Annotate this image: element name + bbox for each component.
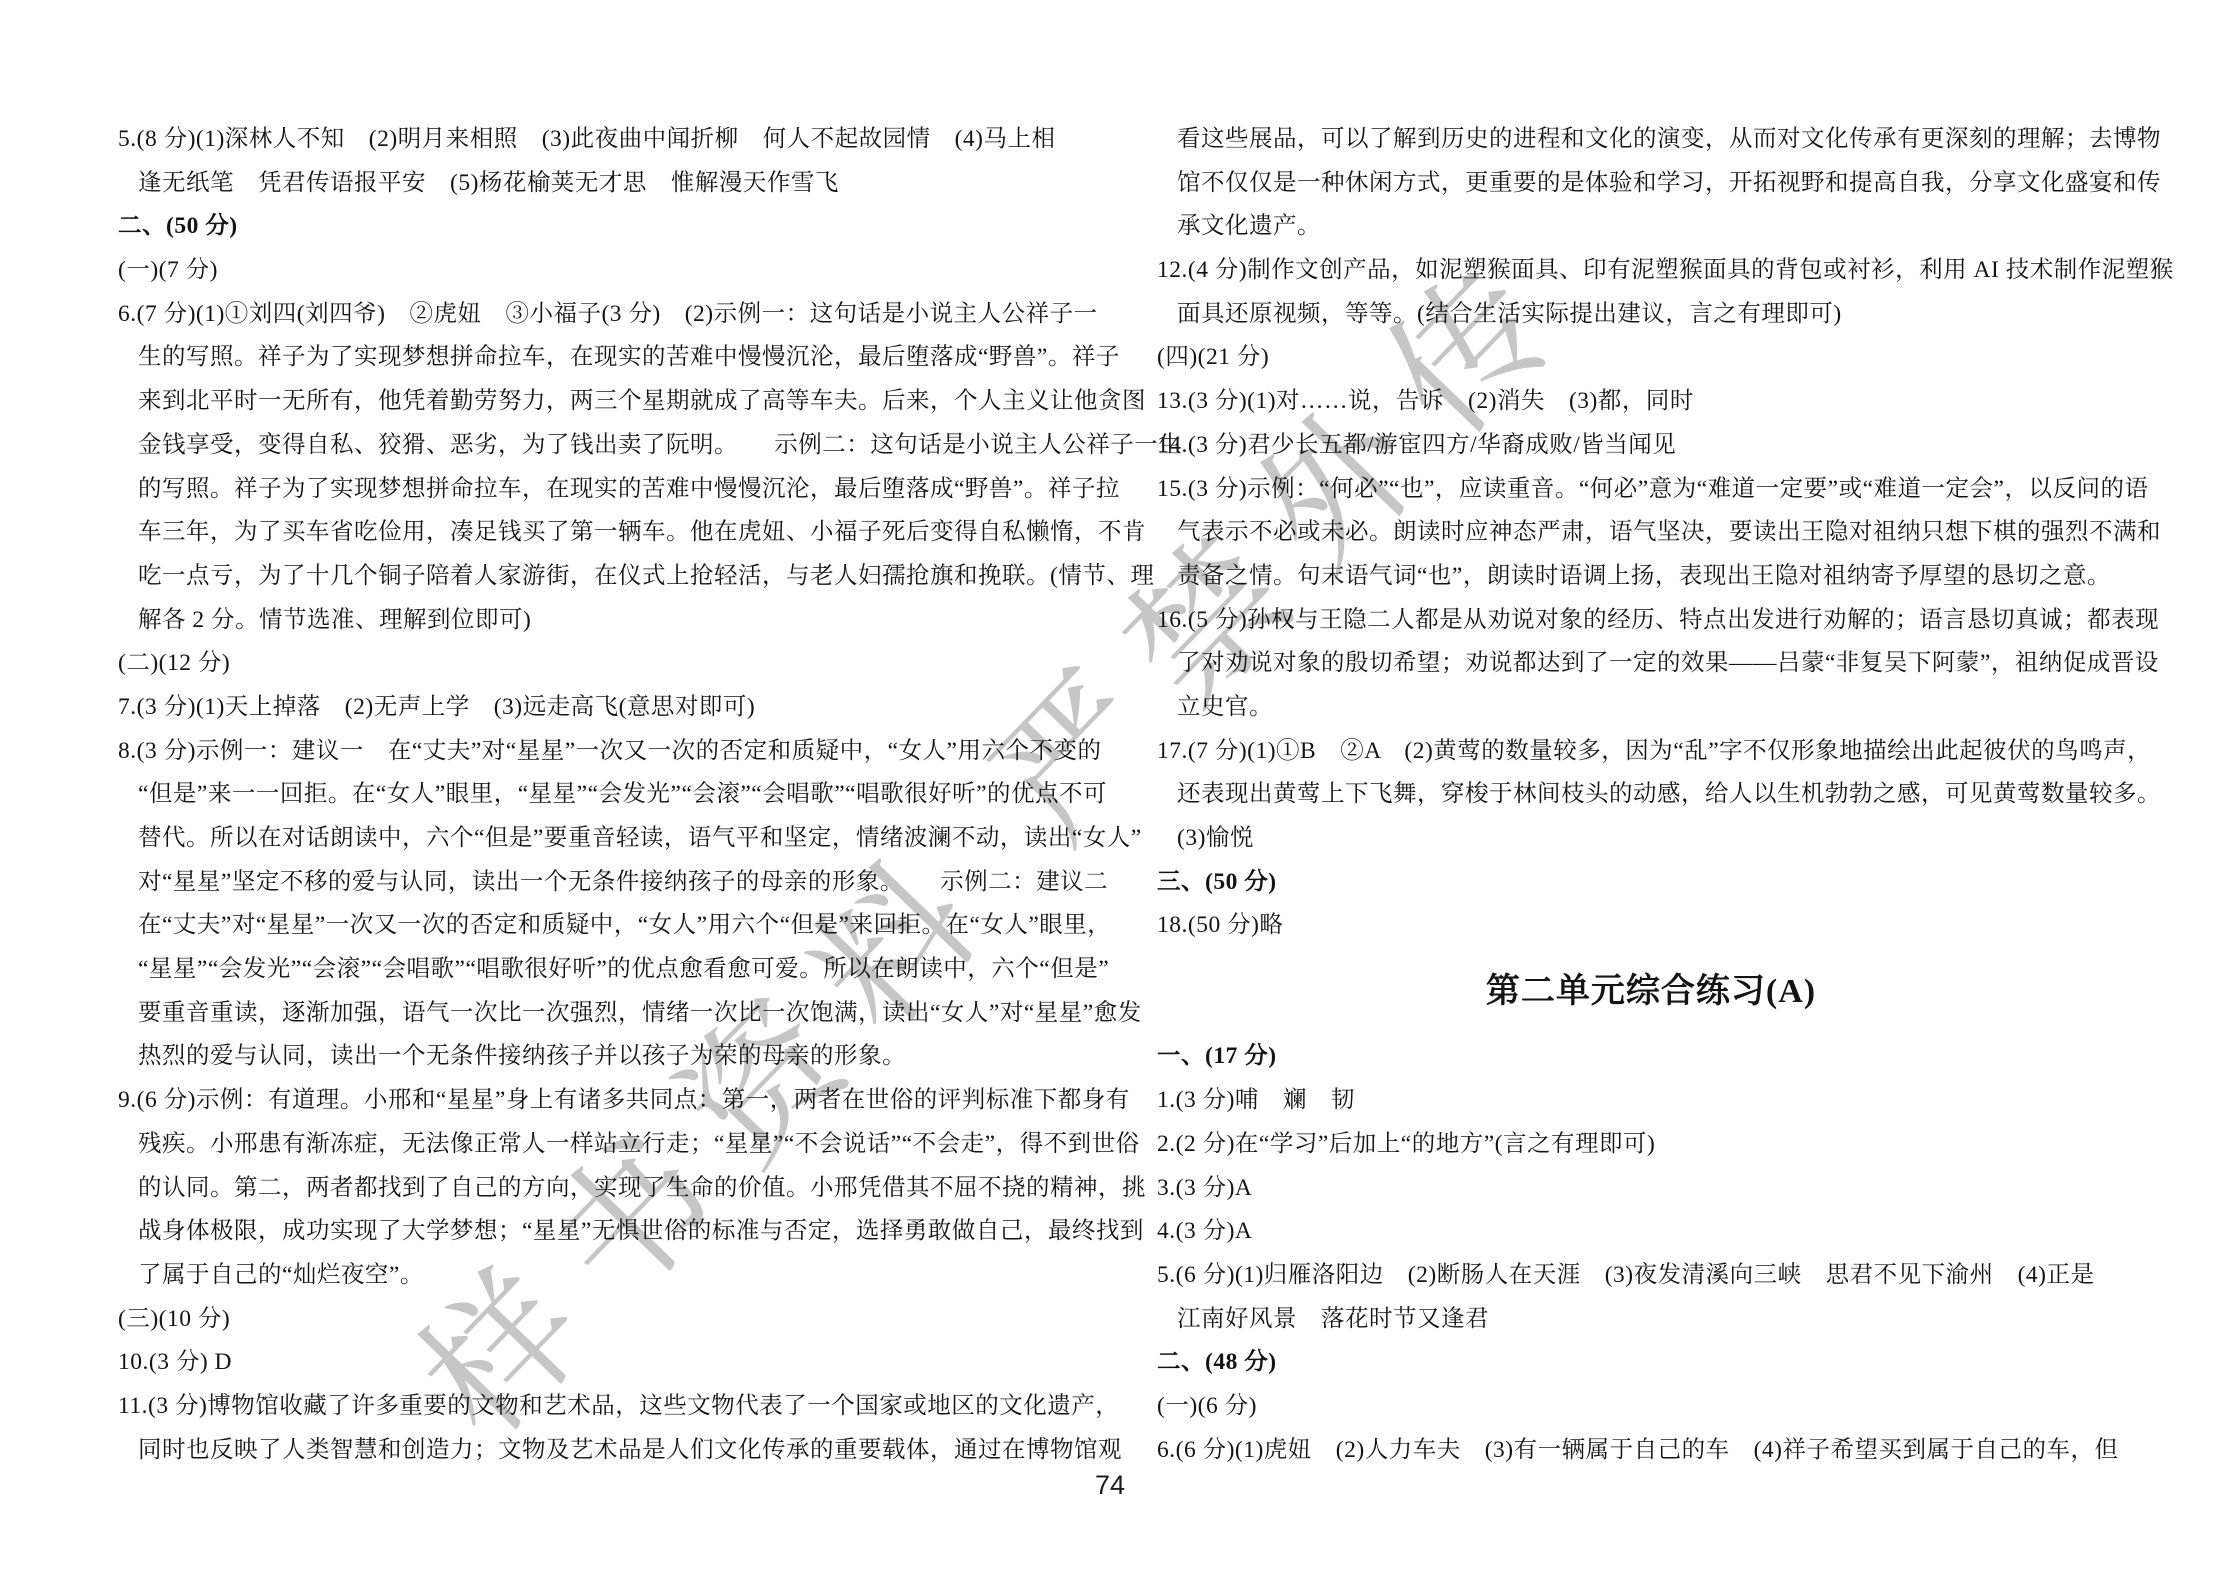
text-line: “星星”“会发光”“会滚”“会唱歌”“唱歌很好听”的优点愈看愈可爱。所以在朗读中…	[118, 948, 1106, 992]
text-line: 一、(17 分)	[1157, 1035, 2145, 1079]
text-line: 三、(50 分)	[1157, 861, 2145, 905]
text-line: 在“丈夫”对“星星”一次又一次的否定和质疑中，“女人”用六个“但是”来回拒。在“…	[118, 904, 1106, 948]
answer-key-page: 样书资料 严禁外传 5.(8 分)(1)深林人不知 (2)明月来相照 (3)此夜…	[0, 0, 2220, 1571]
text-line: 面具还原视频，等等。(结合生活实际提出建议，言之有理即可)	[1157, 293, 2145, 337]
text-line: 要重音重读，逐渐加强，语气一次比一次强烈，情绪一次比一次饱满，读出“女人”对“星…	[118, 992, 1106, 1036]
text-line: 18.(50 分)略	[1157, 904, 2145, 948]
unit-heading: 第二单元综合练习(A)	[1157, 948, 2145, 1035]
text-line: 11.(3 分)博物馆收藏了许多重要的文物和艺术品，这些文物代表了一个国家或地区…	[118, 1385, 1106, 1429]
right-column: 看这些展品，可以了解到历史的进程和文化的演变，从而对文化传承有更深刻的理解；去博…	[1157, 118, 2145, 1472]
text-line: 金钱享受，变得自私、狡猾、恶劣，为了钱出卖了阮明。 示例二：这句话是小说主人公祥…	[118, 424, 1106, 468]
text-line: 2.(2 分)在“学习”后加上“的地方”(言之有理即可)	[1157, 1123, 2145, 1167]
text-line: 了对劝说对象的殷切希望；劝说都达到了一定的效果——吕蒙“非复吴下阿蒙”，祖纳促成…	[1157, 642, 2145, 686]
text-line: (一)(6 分)	[1157, 1385, 2145, 1429]
text-line: 车三年，为了买车省吃俭用，凑足钱买了第一辆车。他在虎妞、小福子死后变得自私懒惰，…	[118, 511, 1106, 555]
text-line: 解各 2 分。情节选准、理解到位即可)	[118, 599, 1106, 643]
text-line: 战身体极限，成功实现了大学梦想；“星星”无惧世俗的标准与否定，选择勇敢做自己，最…	[118, 1210, 1106, 1254]
text-line: 同时也反映了人类智慧和创造力；文物及艺术品是人们文化传承的重要载体，通过在博物馆…	[118, 1429, 1106, 1473]
text-line: 6.(7 分)(1)①刘四(刘四爷) ②虎妞 ③小福子(3 分) (2)示例一：…	[118, 293, 1106, 337]
text-line: 13.(3 分)(1)对……说，告诉 (2)消失 (3)都，同时	[1157, 380, 2145, 424]
text-line: 江南好风景 落花时节又逢君	[1157, 1298, 2145, 1342]
text-line: 1.(3 分)哺 斓 韧	[1157, 1079, 2145, 1123]
text-line: 15.(3 分)示例：“何必”“也”，应读重音。“何必”意为“难道一定要”或“难…	[1157, 468, 2145, 512]
text-line: 替代。所以在对话朗读中，六个“但是”要重音轻读，语气平和坚定，情绪波澜不动，读出…	[118, 817, 1106, 861]
text-line: 的认同。第二，两者都找到了自己的方向，实现了生命的价值。小邢凭借其不屈不挠的精神…	[118, 1167, 1106, 1211]
text-line: 来到北平时一无所有，他凭着勤劳努力，两三个星期就成了高等车夫。后来，个人主义让他…	[118, 380, 1106, 424]
left-column: 5.(8 分)(1)深林人不知 (2)明月来相照 (3)此夜曲中闻折柳 何人不起…	[118, 118, 1106, 1472]
text-line: 吃一点亏，为了十几个铜子陪着人家游街，在仪式上抢轻活，与老人妇孺抢旗和挽联。(情…	[118, 555, 1106, 599]
text-line: 对“星星”坚定不移的爱与认同，读出一个无条件接纳孩子的母亲的形象。 示例二：建议…	[118, 861, 1106, 905]
text-line: (二)(12 分)	[118, 642, 1106, 686]
text-line: 14.(3 分)君少长五都/游宦四方/华裔成败/皆当闻见	[1157, 424, 2145, 468]
text-line: 看这些展品，可以了解到历史的进程和文化的演变，从而对文化传承有更深刻的理解；去博…	[1157, 118, 2145, 162]
text-line: 承文化遗产。	[1157, 205, 2145, 249]
text-line: “但是”来一一回拒。在“女人”眼里，“星星”“会发光”“会滚”“会唱歌”“唱歌很…	[118, 773, 1106, 817]
text-line: (3)愉悦	[1157, 817, 2145, 861]
text-line: 热烈的爱与认同，读出一个无条件接纳孩子并以孩子为荣的母亲的形象。	[118, 1035, 1106, 1079]
text-line: 生的写照。祥子为了实现梦想拼命拉车，在现实的苦难中慢慢沉沦，最后堕落成“野兽”。…	[118, 336, 1106, 380]
page-number: 74	[1078, 1470, 1142, 1501]
text-line: 6.(6 分)(1)虎妞 (2)人力车夫 (3)有一辆属于自己的车 (4)祥子希…	[1157, 1429, 2145, 1473]
text-line: 12.(4 分)制作文创产品，如泥塑猴面具、印有泥塑猴面具的背包或衬衫，利用 A…	[1157, 249, 2145, 293]
text-line: 了属于自己的“灿烂夜空”。	[118, 1254, 1106, 1298]
text-line: 馆不仅仅是一种休闲方式，更重要的是体验和学习，开拓视野和提高自我，分享文化盛宴和…	[1157, 162, 2145, 206]
text-line: 3.(3 分)A	[1157, 1167, 2145, 1211]
text-line: 责备之情。句末语气词“也”，朗读时语调上扬，表现出王隐对祖纳寄予厚望的恳切之意。	[1157, 555, 2145, 599]
text-line: 二、(50 分)	[118, 205, 1106, 249]
text-line: (一)(7 分)	[118, 249, 1106, 293]
text-line: 的写照。祥子为了实现梦想拼命拉车，在现实的苦难中慢慢沉沦，最后堕落成“野兽”。祥…	[118, 468, 1106, 512]
text-line: 8.(3 分)示例一：建议一 在“丈夫”对“星星”一次又一次的否定和质疑中，“女…	[118, 730, 1106, 774]
text-line: 残疾。小邢患有渐冻症，无法像正常人一样站立行走；“星星”“不会说话”“不会走”，…	[118, 1123, 1106, 1167]
text-line: 17.(7 分)(1)①B ②A (2)黄莺的数量较多，因为“乱”字不仅形象地描…	[1157, 730, 2145, 774]
text-line: (四)(21 分)	[1157, 336, 2145, 380]
text-line: 9.(6 分)示例：有道理。小邢和“星星”身上有诸多共同点：第一，两者在世俗的评…	[118, 1079, 1106, 1123]
text-line: 4.(3 分)A	[1157, 1210, 2145, 1254]
text-line: 还表现出黄莺上下飞舞，穿梭于林间枝头的动感，给人以生机勃勃之感，可见黄莺数量较多…	[1157, 773, 2145, 817]
text-line: 16.(5 分)孙权与王隐二人都是从劝说对象的经历、特点出发进行劝解的；语言恳切…	[1157, 599, 2145, 643]
text-line: 二、(48 分)	[1157, 1341, 2145, 1385]
text-line: 5.(8 分)(1)深林人不知 (2)明月来相照 (3)此夜曲中闻折柳 何人不起…	[118, 118, 1106, 162]
text-line: 7.(3 分)(1)天上掉落 (2)无声上学 (3)远走高飞(意思对即可)	[118, 686, 1106, 730]
text-line: 10.(3 分) D	[118, 1341, 1106, 1385]
text-line: 5.(6 分)(1)归雁洛阳边 (2)断肠人在天涯 (3)夜发清溪向三峡 思君不…	[1157, 1254, 2145, 1298]
text-line: 逢无纸笔 凭君传语报平安 (5)杨花榆荚无才思 惟解漫天作雪飞	[118, 162, 1106, 206]
text-line: 气表示不必或未必。朗读时应神态严肃，语气坚决，要读出王隐对祖纳只想下棋的强烈不满…	[1157, 511, 2145, 555]
text-line: (三)(10 分)	[118, 1298, 1106, 1342]
text-line: 立史官。	[1157, 686, 2145, 730]
